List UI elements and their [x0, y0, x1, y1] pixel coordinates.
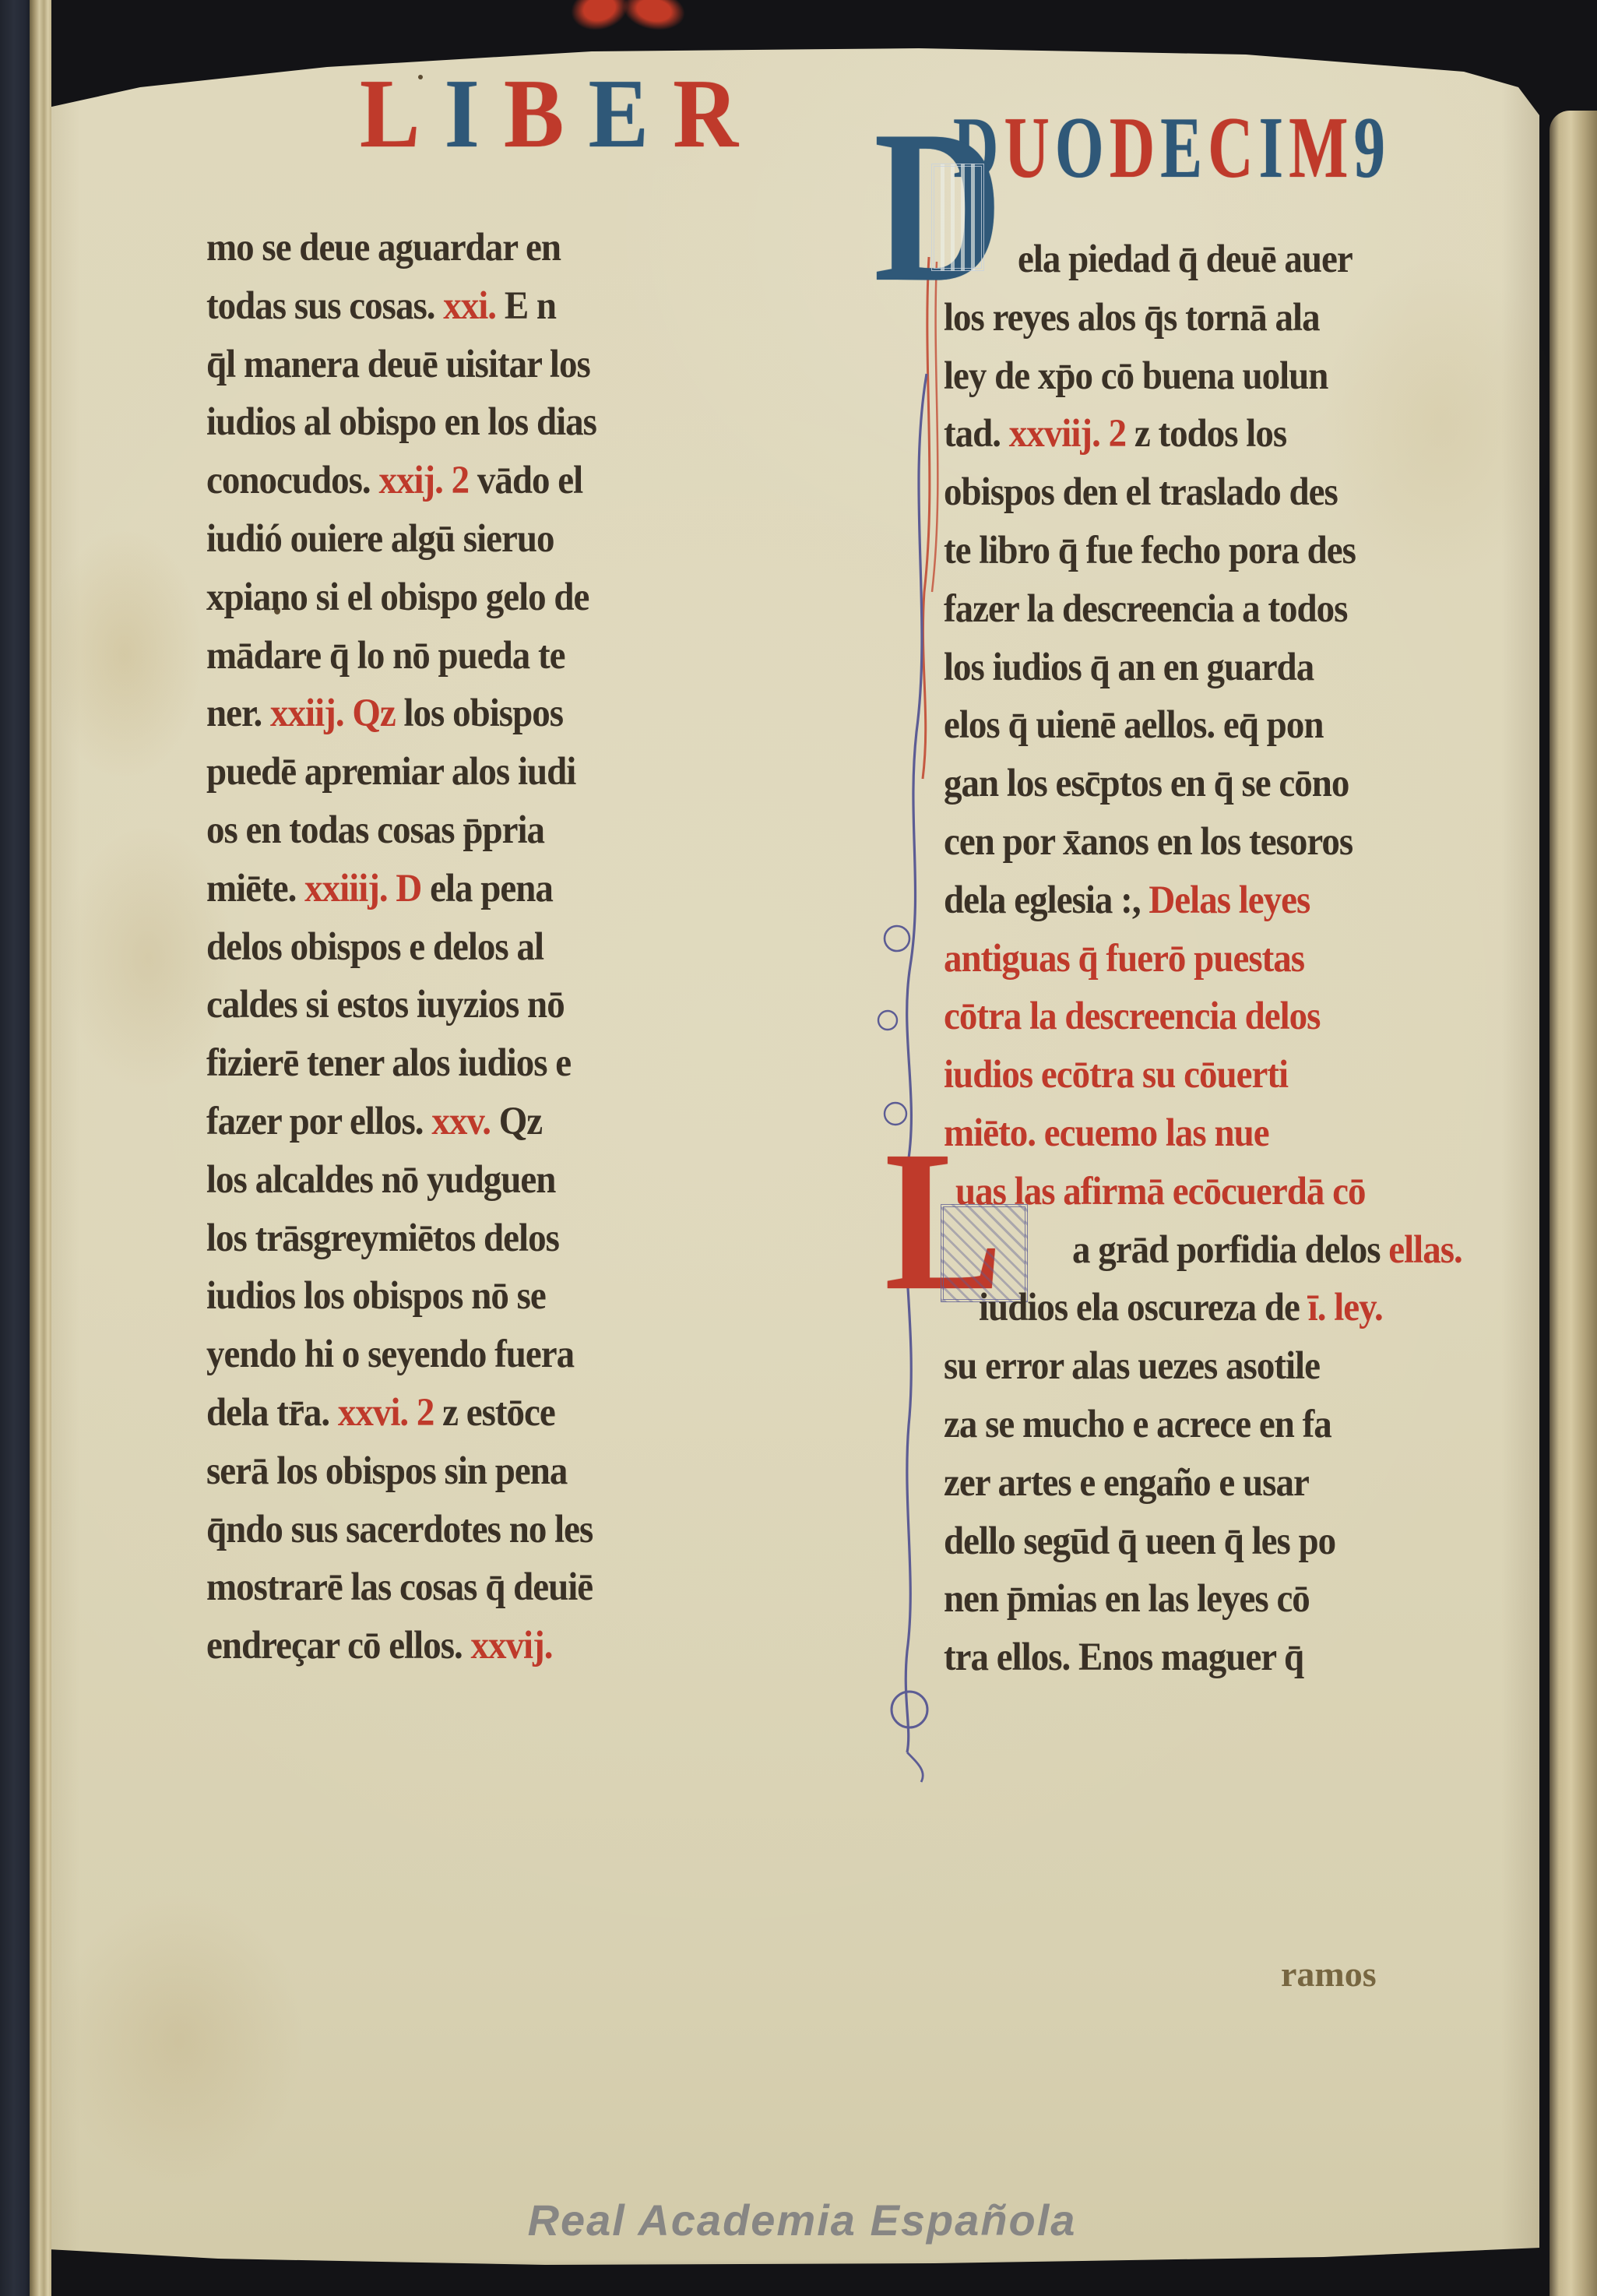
text-line: antiguas q̄ fuerō puestas	[944, 939, 1304, 979]
text-line: za se mucho e acrece en fa	[944, 1405, 1331, 1445]
text-line: iudios ela oscureza de ī. ley.	[979, 1288, 1383, 1328]
text-line: a grād porfidia delos ellas.	[1072, 1231, 1462, 1270]
text-line: ela piedad q̄ deuē auer	[1018, 240, 1353, 280]
text-line: los iudios q̄ an en guarda	[944, 648, 1314, 688]
text-segment: los iudios q̄ an en guarda	[944, 645, 1314, 688]
text-segment: los reyes alos q̄s tornā ala	[944, 296, 1320, 340]
catchword-annotation: ramos	[1281, 1953, 1377, 1995]
text-segment: a grād porfidia delos	[1072, 1227, 1381, 1271]
text-segment: ellas.	[1381, 1227, 1462, 1271]
text-line: obispos den el traslado des	[944, 473, 1338, 512]
text-segment: cen por x̄anos en los tesoros	[944, 820, 1353, 864]
text-segment: Delas leyes	[1141, 879, 1310, 922]
text-line: miēto. ecuemo las nue	[944, 1114, 1269, 1153]
text-segment: dela eglesia :,	[944, 879, 1141, 922]
text-line: dello segūd q̄ ueen q̄ les po	[944, 1522, 1335, 1562]
text-segment: gan los esc̄ptos en q̄ se cōno	[944, 762, 1349, 805]
text-segment: z todos los	[1126, 412, 1286, 456]
text-segment: obispos den el traslado des	[944, 470, 1338, 514]
text-segment: uas las afirmā ecōcuerdā cō	[955, 1170, 1365, 1213]
text-column-right: ela piedad q̄ deuē auerlos reyes alos q̄…	[0, 0, 1597, 2296]
text-line: tra ellos. Enos maguer q̄	[944, 1638, 1303, 1678]
text-segment: antiguas q̄ fuerō puestas	[944, 936, 1304, 980]
text-segment: cōtra la descreencia delos	[944, 995, 1320, 1038]
text-segment: iudios ecōtra su cōuerti	[944, 1053, 1288, 1097]
text-line: ley de xp̄o cō buena uolun	[944, 357, 1328, 396]
text-line: dela eglesia :, Delas leyes	[944, 881, 1310, 921]
text-line: los reyes alos q̄s tornā ala	[944, 298, 1320, 338]
text-line: nen p̄mias en las leyes cō	[944, 1579, 1310, 1619]
text-line: uas las afirmā ecōcuerdā cō	[955, 1172, 1365, 1212]
text-segment: ī. ley.	[1300, 1286, 1383, 1329]
text-segment: ela piedad q̄ deuē auer	[1018, 238, 1353, 281]
text-line: gan los esc̄ptos en q̄ se cōno	[944, 764, 1349, 804]
text-line: su error alas uezes asotile	[944, 1347, 1320, 1386]
text-segment: te libro q̄ fue fecho pora des	[944, 529, 1356, 572]
text-line: iudios ecōtra su cōuerti	[944, 1055, 1288, 1095]
text-segment: zer artes e engaño e usar	[944, 1461, 1309, 1505]
text-segment: tra ellos. Enos maguer q̄	[944, 1636, 1303, 1679]
text-line: fazer la descreencia a todos	[944, 590, 1347, 629]
text-segment: ley de xp̄o cō buena uolun	[944, 354, 1328, 397]
text-segment: xxviij. 2	[1001, 412, 1126, 456]
text-segment: fazer la descreencia a todos	[944, 587, 1347, 631]
text-segment: iudios ela oscureza de	[979, 1286, 1300, 1329]
manuscript-photo: LIBER DUODECIM9 D L mo se deue aguardar …	[0, 0, 1597, 2296]
text-line: zer artes e engaño e usar	[944, 1463, 1309, 1503]
text-segment: su error alas uezes asotile	[944, 1344, 1320, 1388]
text-segment: elos q̄ uienē aellos. eq̄ pon	[944, 703, 1323, 747]
text-line: cen por x̄anos en los tesoros	[944, 822, 1353, 862]
text-line: cōtra la descreencia delos	[944, 997, 1320, 1037]
text-segment: za se mucho e acrece en fa	[944, 1403, 1331, 1446]
text-segment: miēto. ecuemo las nue	[944, 1111, 1269, 1155]
text-segment: nen p̄mias en las leyes cō	[944, 1577, 1310, 1621]
digitization-watermark: Real Academia Española	[467, 2195, 1137, 2245]
text-line: tad. xxviij. 2 z todos los	[944, 414, 1286, 454]
text-segment: tad.	[944, 412, 1001, 456]
text-line: te libro q̄ fue fecho pora des	[944, 531, 1356, 571]
text-line: elos q̄ uienē aellos. eq̄ pon	[944, 706, 1323, 745]
text-segment: dello segūd q̄ ueen q̄ les po	[944, 1519, 1335, 1562]
